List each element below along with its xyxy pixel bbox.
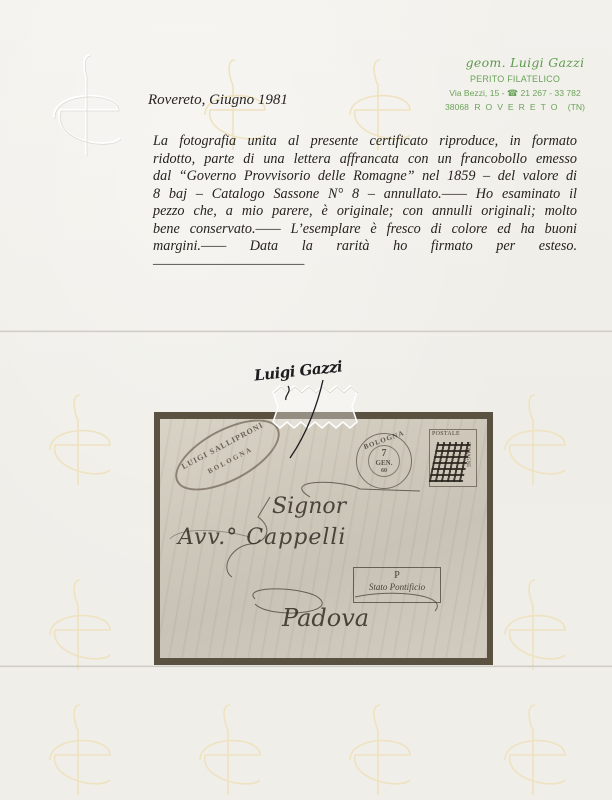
body-line: bene conservato.—— L’esemplare è fresco …: [153, 221, 577, 239]
expert-name: geom. Luigi Gazzi: [445, 55, 605, 70]
body-line: dal “Governo Provvisorio delle Romagne” …: [153, 168, 577, 186]
watermark-monogram-icon: [40, 700, 120, 800]
boxed-handstamp-text: Stato Pontificio: [354, 582, 440, 593]
body-line: pezzo che, a mio parere, è originale; co…: [153, 203, 577, 221]
body-line: 8 baj – Catalogo Sassone N° 8 – annullat…: [153, 186, 577, 204]
address-street: Via Bezzi, 15 -: [449, 88, 504, 98]
address-salutation: Signor: [272, 494, 346, 519]
expert-city-line: 38068 ROVERETO (TN): [425, 102, 605, 112]
phone-number: 21 267 - 33 782: [521, 88, 581, 98]
city: ROVERETO: [474, 102, 562, 112]
address-recipient: Avv.° Cappelli: [178, 525, 346, 550]
watermark-monogram-icon: [40, 575, 120, 675]
certificate-page: geom. Luigi Gazzi PERITO FILATELICO Via …: [0, 0, 612, 800]
certificate-body: La fotografia unita al presente certific…: [153, 133, 577, 273]
watermark-monogram-icon: [495, 575, 575, 675]
signature-stroke: [248, 362, 368, 462]
paper-fold-line: [0, 330, 612, 333]
telephone-icon: ☎: [507, 88, 518, 99]
body-line: ridotto, parte di una lettera affrancata…: [153, 151, 577, 169]
watermark-monogram-icon: [40, 390, 120, 490]
body-line: margini.—— Data la rarità ho firmato per…: [153, 238, 577, 273]
postcode: 38068: [445, 102, 469, 112]
expert-signature: Luigi Gazzi: [248, 362, 368, 462]
embossed-monogram-icon: [40, 50, 130, 160]
expert-title: PERITO FILATELICO: [425, 74, 605, 84]
place-date: Rovereto, Giugno 1981: [148, 92, 288, 109]
boxed-handstamp-letter: P: [354, 570, 440, 582]
watermark-monogram-icon: [495, 700, 575, 800]
watermark-monogram-icon: [495, 390, 575, 490]
boxed-handstamp: P Stato Pontificio: [353, 567, 441, 603]
watermark-monogram-icon: [340, 700, 420, 800]
body-line: La fotografia unita al presente certific…: [153, 133, 577, 151]
paper-fold-line: [0, 665, 612, 668]
watermark-monogram-icon: [190, 700, 270, 800]
province: (TN): [568, 102, 585, 112]
address-city: Padova: [282, 604, 369, 632]
expert-address: Via Bezzi, 15 - ☎ 21 267 - 33 782: [425, 88, 605, 99]
letterhead: geom. Luigi Gazzi PERITO FILATELICO Via …: [425, 55, 605, 112]
